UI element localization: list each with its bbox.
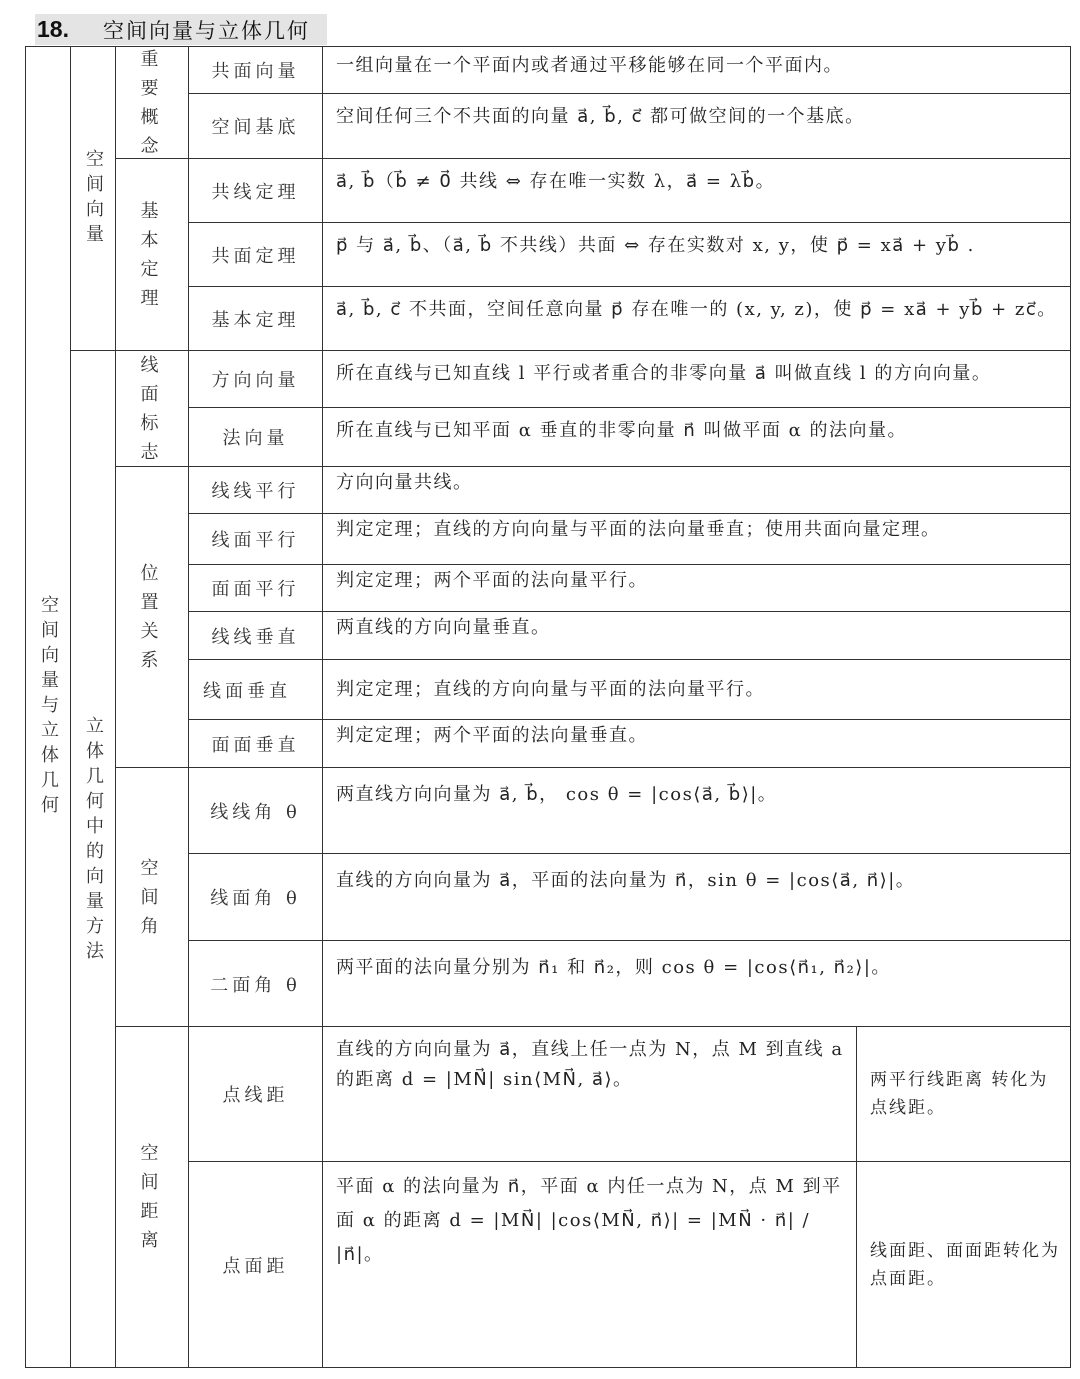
row-name-cell: 面面平行 [188,564,323,612]
row-name: 线线垂直 [212,623,300,649]
row-name: 基本定理 [212,306,300,332]
row-desc: 空间任何三个不共面的向量 a⃗, b⃗, c⃗ 都可做空间的一个基底。 [336,102,865,132]
row-name-cell: 法向量 [188,407,323,467]
row-name-cell: 线线平行 [188,466,323,514]
row-desc-cell: 两直线方向向量为 a⃗, b⃗， cos θ = |cos⟨a⃗, b⃗⟩|。 [322,767,1071,854]
row-note: 两平行线距离 转化为点线距。 [870,1066,1062,1122]
section-label: 空间向量 [80,149,106,249]
group-label-cell: 重要概念 [115,46,189,159]
row-desc: 所在直线与已知平面 α 垂直的非零向量 n⃗ 叫做平面 α 的法向量。 [336,416,907,446]
group-label: 线面标志 [130,351,174,467]
row-name: 方向向量 [212,366,300,392]
row-desc-cell: 平面 α 的法向量为 n⃗，平面 α 内任一点为 N，点 M 到平面 α 的距离… [322,1161,857,1368]
row-desc: 直线的方向向量为 a⃗，直线上任一点为 N，点 M 到直线 a 的距离 d = … [336,1035,844,1095]
row-name: 线线平行 [212,477,300,503]
row-desc: 判定定理；直线的方向向量与平面的法向量平行。 [336,675,765,705]
row-desc: 直线的方向向量为 a⃗，平面的法向量为 n⃗，sin θ = |cos⟨a⃗, … [336,866,915,896]
row-desc-cell: p⃗ 与 a⃗, b⃗、（a⃗, b⃗ 不共线）共面 ⇔ 存在实数对 x, y，… [322,222,1071,287]
group-label-cell: 空间距离 [115,1026,189,1368]
row-desc-cell: 两直线的方向向量垂直。 [322,611,1071,660]
row-desc-cell: 空间任何三个不共面的向量 a⃗, b⃗, c⃗ 都可做空间的一个基底。 [322,93,1071,159]
row-desc: 一组向量在一个平面内或者通过平移能够在同一个平面内。 [336,51,843,81]
section-number: 18. [37,16,103,43]
section-label: 立体几何中的向量方法 [80,716,106,966]
row-name-cell: 空间基底 [188,93,323,159]
row-name: 面面平行 [212,575,300,601]
row-desc: 判定定理；两个平面的法向量平行。 [336,566,648,596]
row-name-cell: 共面定理 [188,222,323,287]
row-name-cell: 线面角 θ [188,853,323,941]
row-desc: 平面 α 的法向量为 n⃗，平面 α 内任一点为 N，点 M 到平面 α 的距离… [336,1170,844,1272]
row-note-cell: 线面距、面面距转化为点面距。 [856,1161,1071,1368]
row-name-cell: 线面垂直 [188,659,323,720]
group-label-cell: 基本定理 [115,158,189,351]
row-desc-cell: 两平面的法向量分别为 n⃗₁ 和 n⃗₂，则 cos θ = |cos⟨n⃗₁,… [322,940,1071,1027]
section-label-cell: 立体几何中的向量方法 [70,350,116,1368]
row-name-cell: 点面距 [188,1161,323,1368]
row-desc-cell: 判定定理；两个平面的法向量垂直。 [322,719,1071,768]
root-label: 空间向量与立体几何 [35,595,61,820]
row-name-cell: 二面角 θ [188,940,323,1027]
section-label-cell: 空间向量 [70,46,116,351]
row-note-cell: 两平行线距离 转化为点线距。 [856,1026,1071,1162]
row-note: 线面距、面面距转化为点面距。 [870,1237,1062,1293]
row-desc-cell: a⃗, b⃗, c⃗ 不共面，空间任意向量 p⃗ 存在唯一的 (x, y, z)… [322,286,1071,351]
row-name-cell: 线线垂直 [188,611,323,660]
row-desc: 两直线方向向量为 a⃗, b⃗， cos θ = |cos⟨a⃗, b⃗⟩|。 [336,780,777,810]
row-name: 线面平行 [212,526,300,552]
row-desc-cell: 方向向量共线。 [322,466,1071,514]
row-name: 点线距 [223,1081,289,1107]
group-label: 空间距离 [130,1139,174,1255]
row-desc: 判定定理；两个平面的法向量垂直。 [336,721,648,751]
row-desc-cell: 所在直线与已知直线 l 平行或者重合的非零向量 a⃗ 叫做直线 l 的方向向量。 [322,350,1071,408]
row-desc-cell: 所在直线与已知平面 α 垂直的非零向量 n⃗ 叫做平面 α 的法向量。 [322,407,1071,467]
row-desc-cell: 一组向量在一个平面内或者通过平移能够在同一个平面内。 [322,46,1071,94]
group-label: 基本定理 [130,197,174,313]
section-heading: 18. 空间向量与立体几何 [35,14,327,45]
row-name-cell: 线线角 θ [188,767,323,854]
group-label-cell: 线面标志 [115,350,189,467]
row-name: 线面垂直 [203,677,291,703]
row-desc: a⃗, b⃗（b⃗ ≠ 0⃗ 共线 ⇔ 存在唯一实数 λ，a⃗ = λb⃗。 [336,167,775,197]
row-desc-cell: 直线的方向向量为 a⃗，直线上任一点为 N，点 M 到直线 a 的距离 d = … [322,1026,857,1162]
row-desc-cell: 判定定理；直线的方向向量与平面的法向量平行。 [322,659,1071,720]
root-label-cell: 空间向量与立体几何 [25,46,71,1368]
row-name: 空间基底 [212,113,300,139]
group-label: 重要概念 [130,45,174,161]
row-desc: 方向向量共线。 [336,468,473,498]
row-desc: a⃗, b⃗, c⃗ 不共面，空间任意向量 p⃗ 存在唯一的 (x, y, z)… [336,295,1057,325]
row-name-cell: 共线定理 [188,158,323,223]
row-name-cell: 点线距 [188,1026,323,1162]
row-name-cell: 基本定理 [188,286,323,351]
row-desc: 两直线的方向向量垂直。 [336,613,551,643]
row-desc-cell: 直线的方向向量为 a⃗，平面的法向量为 n⃗，sin θ = |cos⟨a⃗, … [322,853,1071,941]
section-title: 空间向量与立体几何 [103,15,310,45]
row-desc: p⃗ 与 a⃗, b⃗、（a⃗, b⃗ 不共线）共面 ⇔ 存在实数对 x, y，… [336,231,975,261]
row-name-cell: 共面向量 [188,46,323,94]
row-name: 线面角 θ [210,884,301,910]
row-desc: 判定定理；直线的方向向量与平面的法向量垂直；使用共面向量定理。 [336,515,941,545]
row-name: 共面向量 [212,57,300,83]
row-desc: 所在直线与已知直线 l 平行或者重合的非零向量 a⃗ 叫做直线 l 的方向向量。 [336,359,991,389]
row-name: 面面垂直 [212,731,300,757]
row-name-cell: 方向向量 [188,350,323,408]
row-name: 二面角 θ [210,971,301,997]
row-name: 点面距 [223,1252,289,1278]
row-name-cell: 面面垂直 [188,719,323,768]
row-desc-cell: 判定定理；两个平面的法向量平行。 [322,564,1071,612]
row-name-cell: 线面平行 [188,513,323,565]
row-name: 线线角 θ [210,798,301,824]
row-name: 法向量 [223,424,289,450]
group-label-cell: 位置关系 [115,466,189,768]
row-name: 共线定理 [212,178,300,204]
group-label: 空间角 [130,854,174,941]
row-name: 共面定理 [212,242,300,268]
row-desc-cell: 判定定理；直线的方向向量与平面的法向量垂直；使用共面向量定理。 [322,513,1071,565]
row-desc: 两平面的法向量分别为 n⃗₁ 和 n⃗₂，则 cos θ = |cos⟨n⃗₁,… [336,953,891,983]
group-label-cell: 空间角 [115,767,189,1027]
group-label: 位置关系 [130,559,174,675]
row-desc-cell: a⃗, b⃗（b⃗ ≠ 0⃗ 共线 ⇔ 存在唯一实数 λ，a⃗ = λb⃗。 [322,158,1071,223]
